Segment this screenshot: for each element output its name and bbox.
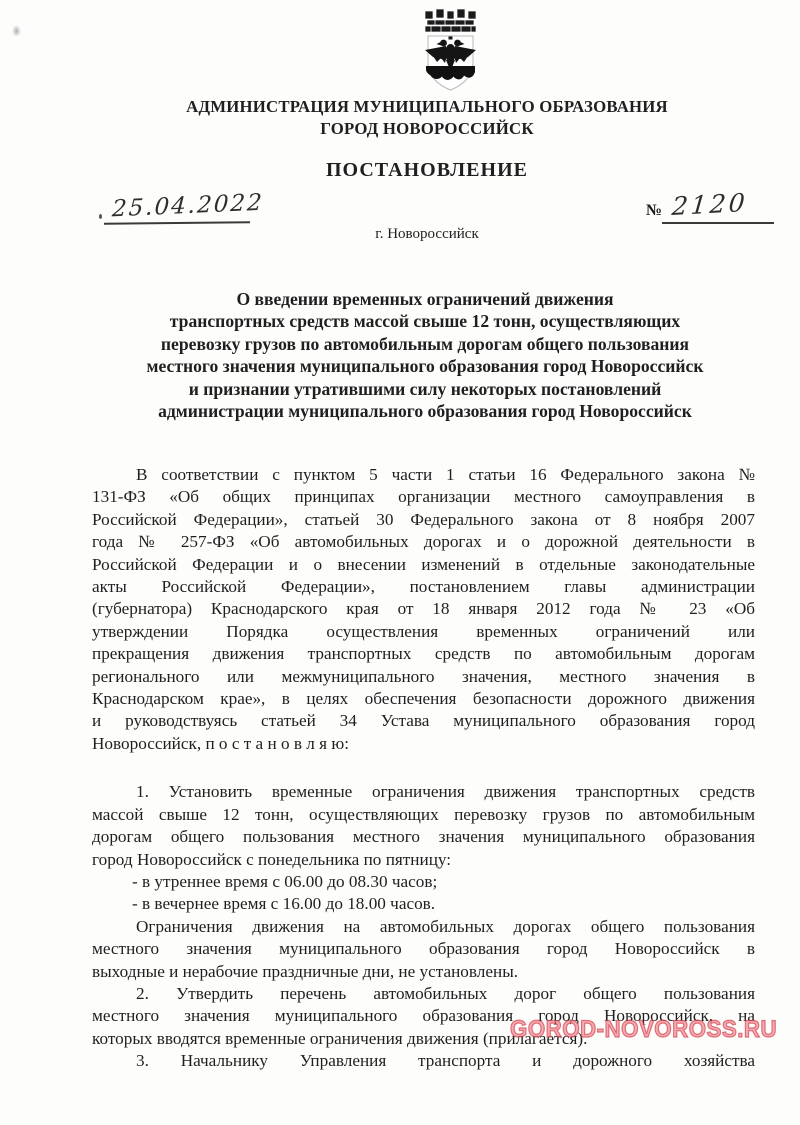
paragraph-item-1: 1. Установить временные ограничения движ… (92, 781, 755, 871)
number-sign: № (646, 202, 662, 220)
text-line: Новороссийск, п о с т а н о в л я ю: (92, 733, 755, 755)
text-line: 1. Установить временные ограничения движ… (92, 781, 755, 803)
text-line: В соответствии с пунктом 5 части 1 стать… (92, 464, 755, 486)
text-line: утверждении Порядка осуществления времен… (92, 621, 755, 643)
text-line: 2. Утвердить перечень автомобильных доро… (92, 983, 755, 1005)
bullet-evening: - в вечернее время с 16.00 до 18.00 часо… (92, 893, 755, 915)
title-line: О введении временных ограничений движени… (85, 288, 765, 310)
text-line: 131-ФЗ «Об общих принципах организации м… (92, 486, 755, 508)
handwritten-number: 2120 (671, 188, 749, 221)
text-line: года № 257-ФЗ «Об автомобильных дорогах … (92, 531, 755, 553)
paragraph-preamble: В соответствии с пунктом 5 части 1 стать… (92, 464, 755, 755)
text-line: и руководствуясь статьей 34 Устава муниц… (92, 710, 755, 732)
org-name-line2: ГОРОД НОВОРОССИЙСК (92, 118, 762, 140)
title-line: транспортных средств массой свыше 12 тон… (85, 310, 765, 332)
paragraph-restrictions-note: Ограничения движения на автомобильных до… (92, 916, 755, 983)
document-title: О введении временных ограничений движени… (85, 288, 765, 422)
number-underline (662, 222, 774, 224)
text-line: Ограничения движения на автомобильных до… (92, 916, 755, 938)
bullet-morning: - в утреннее время с 06.00 до 08.30 часо… (92, 871, 755, 893)
text-line: выходные и нерабочие праздничные дни, не… (92, 961, 755, 983)
title-line: местного значения муниципального образов… (85, 355, 765, 377)
text-line: Краснодарском крае», в целях обеспечения… (92, 688, 755, 710)
title-line: администрации муниципального образования… (85, 400, 765, 422)
date-underline (104, 221, 250, 225)
scan-artifact (12, 25, 21, 37)
doc-type-heading: ПОСТАНОВЛЕНИЕ (92, 159, 762, 182)
title-line: и признании утратившими силу некоторых п… (85, 378, 765, 400)
org-header: АДМИНИСТРАЦИЯ МУНИЦИПАЛЬНОГО ОБРАЗОВАНИЯ… (92, 96, 762, 139)
site-watermark: GOROD-NOVOROSS.RU (510, 1016, 777, 1044)
document-body: В соответствии с пунктом 5 части 1 стать… (92, 464, 755, 1073)
text-line: Российской Федерации», статьей 30 Федера… (92, 509, 755, 531)
paragraph-item-3: 3. Начальнику Управления транспорта и до… (92, 1050, 755, 1072)
text-line: прекращения движения транспортных средст… (92, 643, 755, 665)
coat-of-arms-icon (413, 8, 487, 94)
text-line: местного значения муниципального образов… (92, 938, 755, 960)
city-label: г. Новороссийск (92, 226, 762, 243)
text-line: (губернатора) Краснодарского края от 18 … (92, 598, 755, 620)
text-line: 3. Начальнику Управления транспорта и до… (92, 1050, 755, 1072)
text-line: массой свыше 12 тонн, осуществляющих пер… (92, 804, 755, 826)
handwritten-date: 25.04.2022 (111, 190, 264, 223)
text-line: регионального или межмуниципального знач… (92, 666, 755, 688)
text-line: Российской Федерации и о внесении измене… (92, 554, 755, 576)
text-line: акты Российской Федерации», постановлени… (92, 576, 755, 598)
text-line: город Новороссийск с понедельника по пят… (92, 849, 755, 871)
ink-dot (99, 214, 102, 219)
title-line: перевозку грузов по автомобильным дорога… (85, 333, 765, 355)
org-name-line1: АДМИНИСТРАЦИЯ МУНИЦИПАЛЬНОГО ОБРАЗОВАНИЯ (92, 96, 762, 118)
text-line: дорогам общего пользования местного знач… (92, 826, 755, 848)
document-page: АДМИНИСТРАЦИЯ МУНИЦИПАЛЬНОГО ОБРАЗОВАНИЯ… (0, 0, 800, 1125)
